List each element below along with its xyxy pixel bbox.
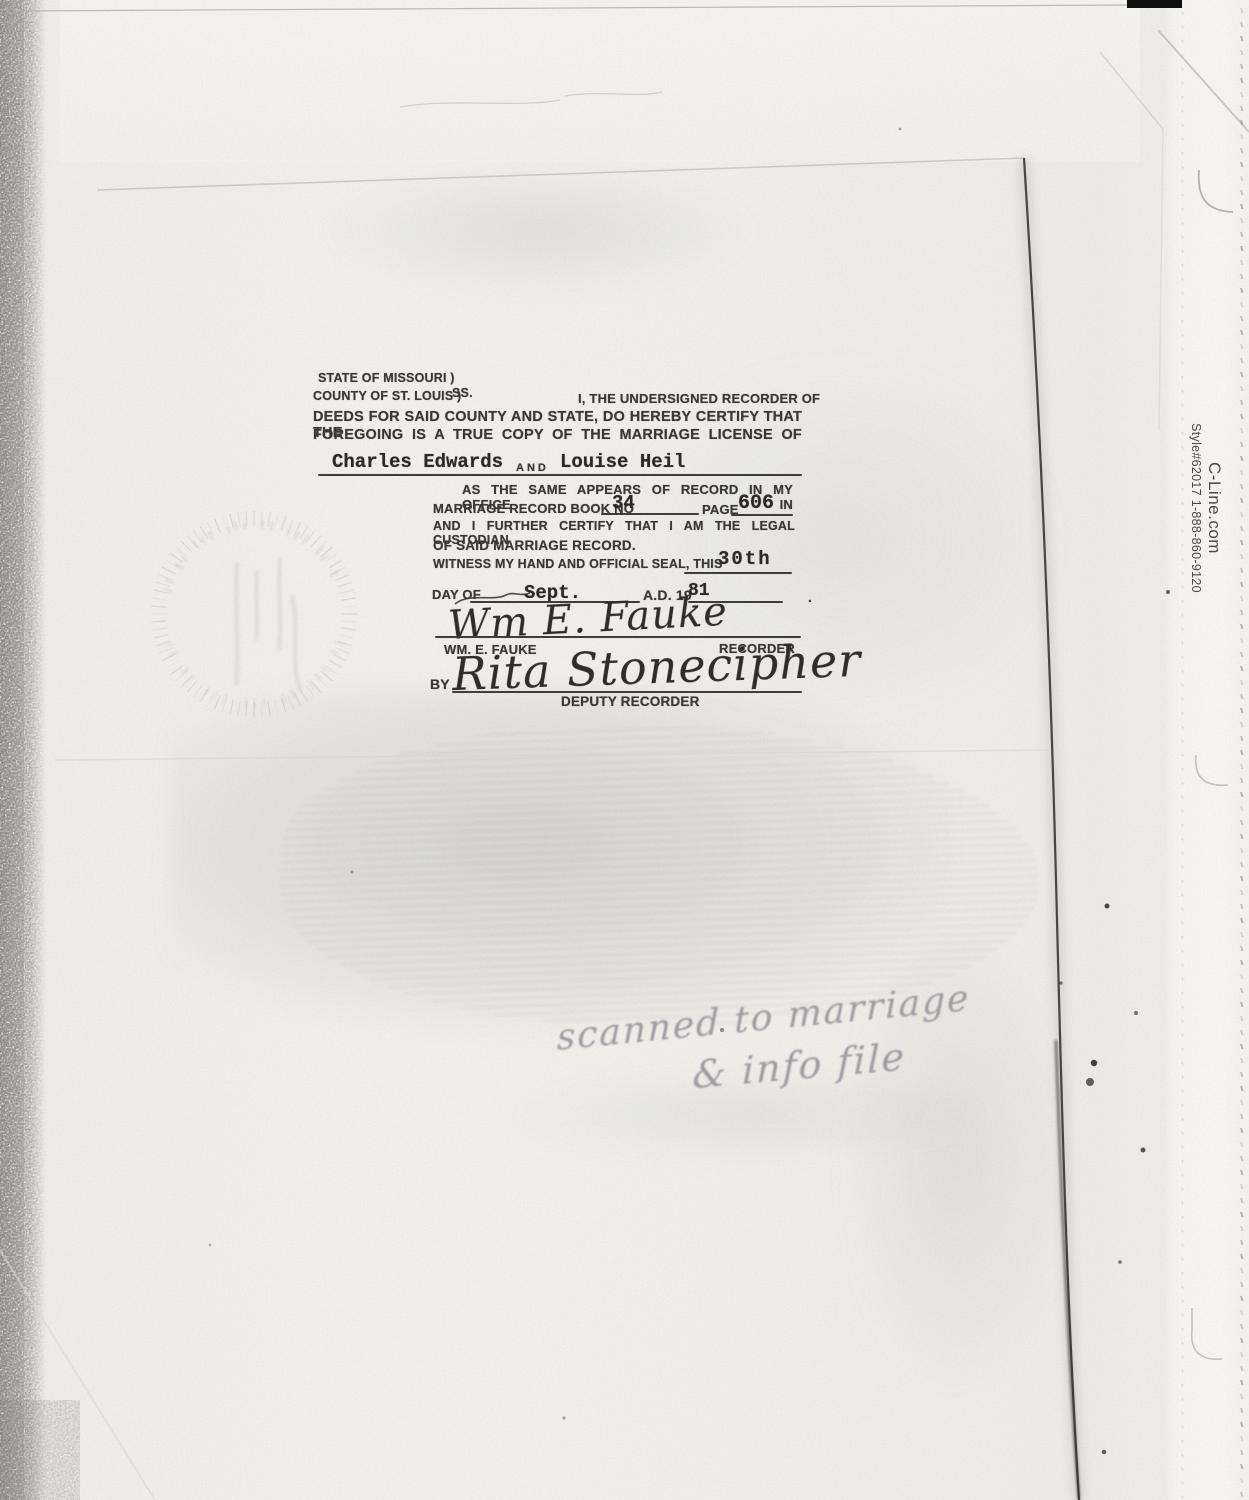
intro-line: I, THE UNDERSIGNED RECORDER OF [578,391,804,406]
deputy-title: DEPUTY RECORDER [561,694,700,709]
county-line: COUNTY OF ST. LOUIS ) [313,389,461,403]
paper-grain [0,0,1249,1500]
book-underline [601,513,699,515]
ss-label: SS. [452,386,473,400]
book-number: 34 [612,492,635,514]
day-underline [684,572,792,574]
state-line: STATE OF MISSOURI ) [318,371,455,385]
corner-noise [0,1400,80,1500]
page-number: 606 [738,492,774,515]
page-underline [731,514,793,516]
top-black-mark [1127,0,1182,8]
by-label: BY [430,676,450,692]
left-edge-noise [0,0,46,1500]
body-line-2: FOREGOING IS A TRUE COPY OF THE MARRIAGE… [313,427,802,443]
period-mark: . [808,589,812,605]
scan-artifacts [0,0,1249,1500]
brand-name: C-Line.com [1204,378,1224,638]
bride-name: Louise Heil [560,451,685,473]
sheet-protector-branding: C-Line.com Style#62017 1-888-860-9120 [1188,378,1224,638]
groom-name: Charles Edwards [332,451,503,473]
custodian-line-2: OF SAID MARRIAGE RECORD. [433,538,636,553]
day-value: 30th [718,548,772,570]
deputy-signature-line [452,691,802,693]
brand-style-number: Style#62017 1-888-860-9120 [1188,378,1204,638]
day-of-label: DAY OF [432,587,481,602]
scanned-document-page: il ti lit ili tl itl li t li itl tl ili … [0,0,1249,1500]
and-label: AND [516,462,549,474]
names-underline [318,474,802,476]
witness-line: WITNESS MY HAND AND OFFICIAL SEAL, THIS [433,557,723,571]
